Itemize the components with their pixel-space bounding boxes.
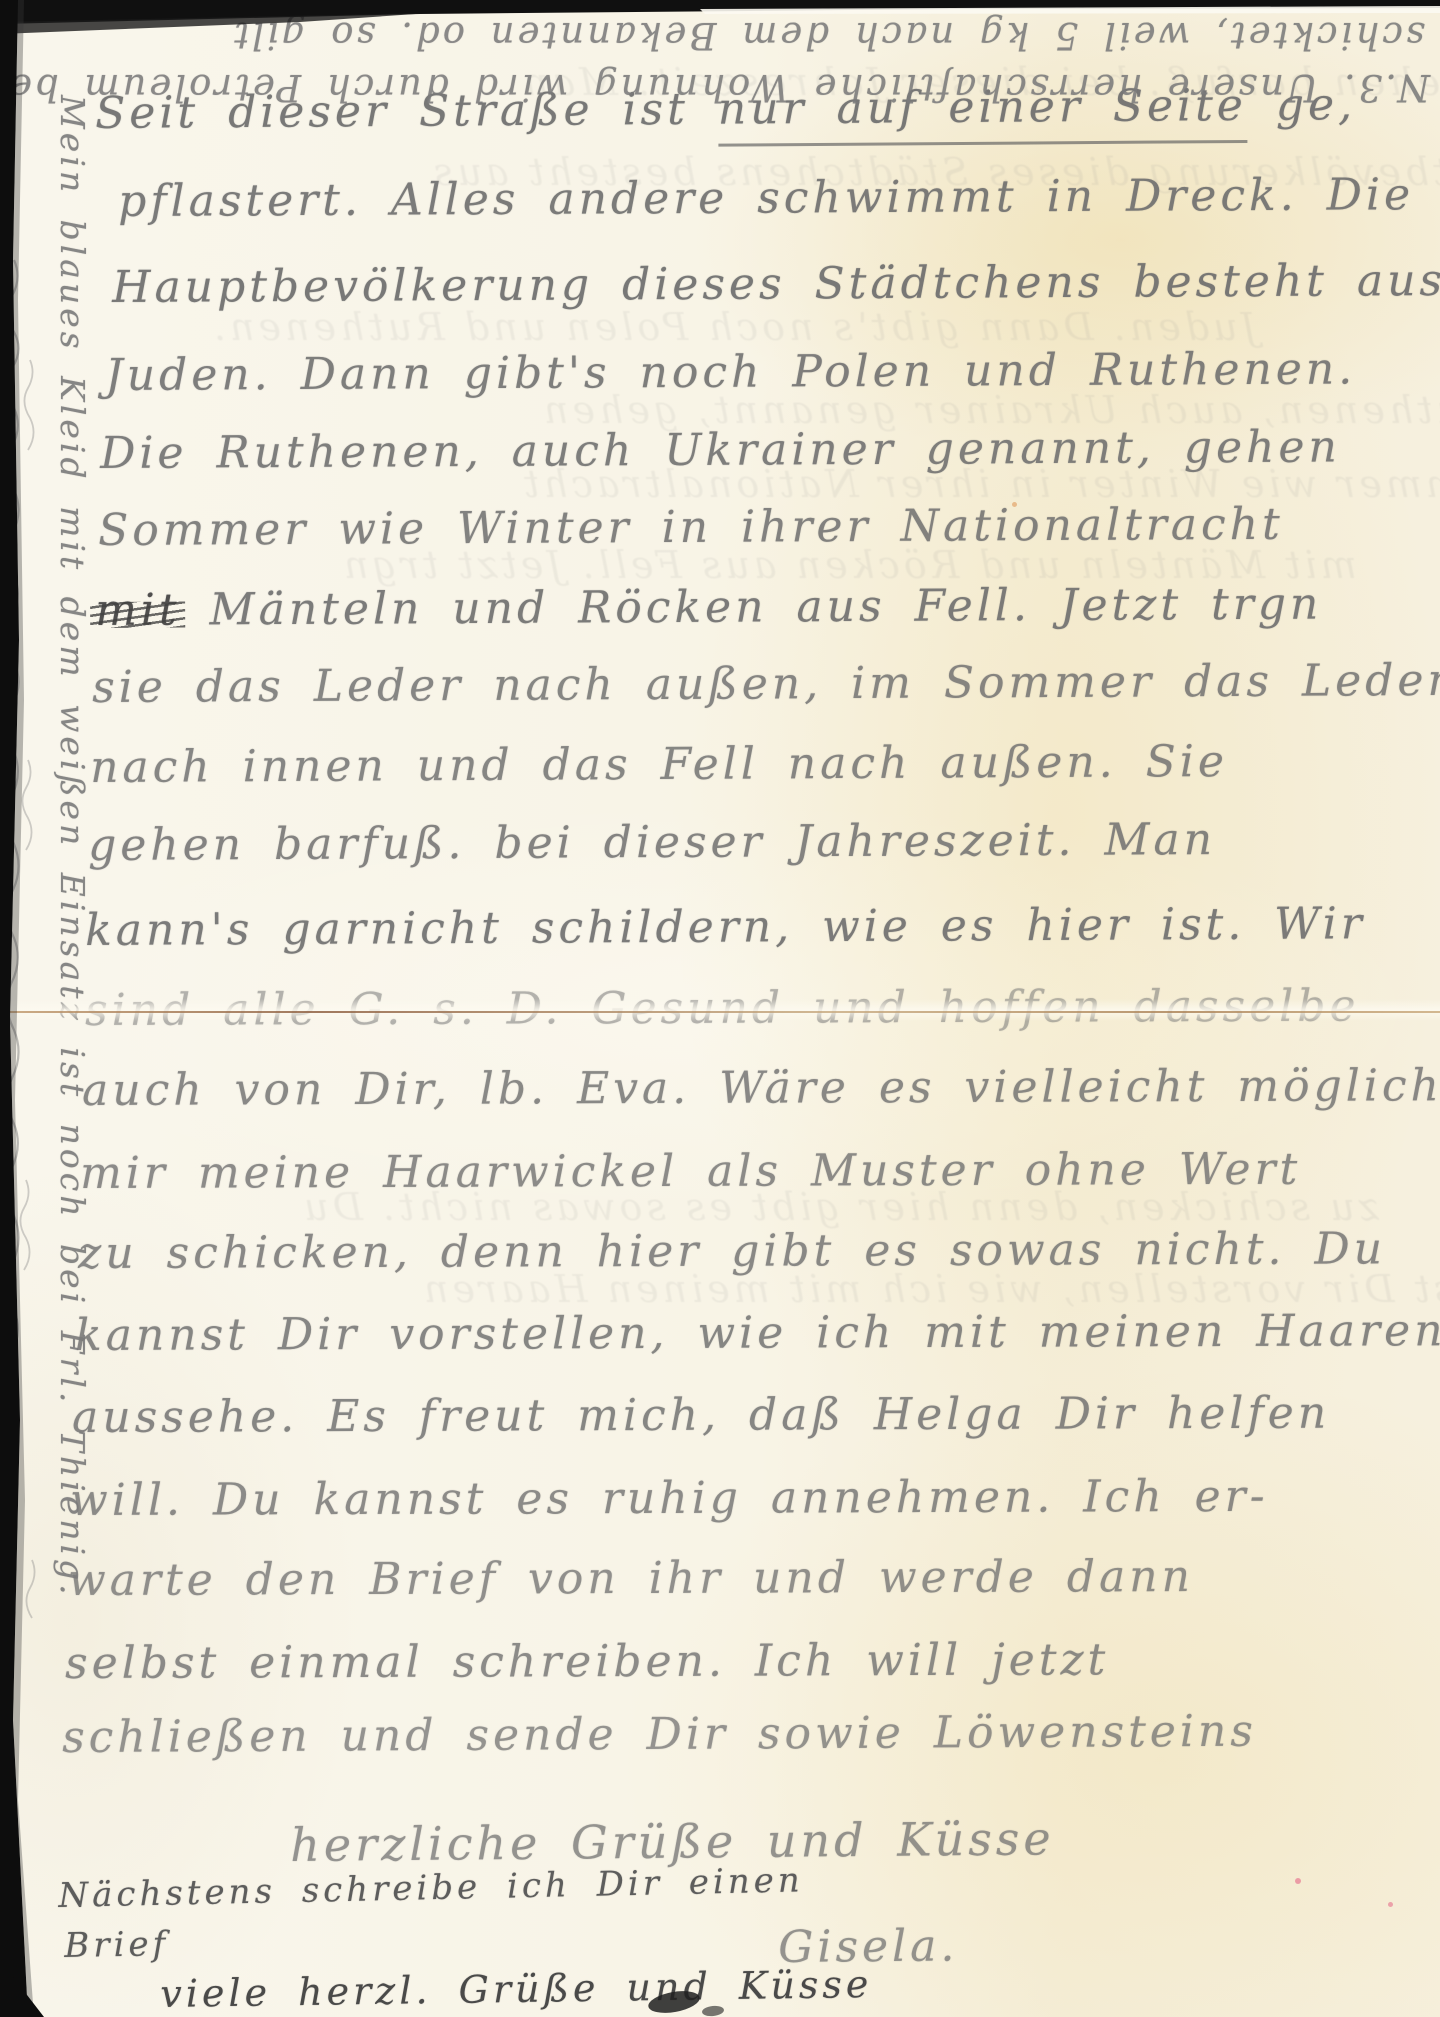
- text-run: sie das Leder nach außen, im Sommer das …: [92, 655, 1440, 713]
- margin-edge-fragments: [20, 360, 34, 1618]
- scan-edge-left: [0, 0, 28, 2017]
- text-run: Juden. Dann gibt's noch Polen und Ruthen…: [105, 343, 1356, 401]
- text-run: will. Du kannst es ruhig annehmen. Ich e…: [70, 1471, 1269, 1526]
- handwriting-line: warte den Brief von ihr und werde dann: [68, 1551, 1194, 1606]
- paper-stain: [1012, 502, 1017, 507]
- text-run: sind alle G. s. D. Gesund und hoffen das…: [85, 981, 1360, 1036]
- handwriting-line: mit Mänteln und Röcken aus Fell. Jetzt t…: [95, 579, 1322, 636]
- handwriting-line: selbst einmal schreiben. Ich will jetzt: [65, 1634, 1109, 1689]
- handwriting-line: sind alle G. s. D. Gesund und hoffen das…: [85, 981, 1360, 1036]
- paper-stain: [1295, 1878, 1301, 1884]
- text-run: kann's garnicht schildern, wie es hier i…: [85, 898, 1366, 956]
- letter-page: Hauptbevölkerung dieses Städtchens beste…: [0, 0, 1440, 2017]
- handwriting-line: nach innen und das Fell nach außen. Sie: [90, 736, 1228, 793]
- text-run: pflastert. Alles andere schwimmt in Drec…: [118, 169, 1414, 227]
- scan-edge-bottom-left: [0, 1960, 44, 2017]
- text-run: mir meine Haarwickel als Muster ohne Wer…: [80, 1144, 1301, 1199]
- handwriting-line: Die Ruthenen, auch Ukrainer genannt, geh…: [100, 422, 1341, 479]
- paper-edge-sliver: [700, 6, 1440, 14]
- text-run: selbst einmal schreiben. Ich will jetzt: [65, 1634, 1109, 1689]
- text-run: Nächstens schreibe ich Dir einen: [58, 1860, 804, 1916]
- text-run: nach innen und das Fell nach außen. Sie: [90, 736, 1228, 793]
- text-run: auch von Dir, lb. Eva. Wäre es vielleich…: [82, 1060, 1440, 1116]
- inverted-note-line: N.3. Unsere herrschaftliche Wohnung wird…: [25, 66, 1430, 109]
- handwriting-line: kann's garnicht schildern, wie es hier i…: [85, 898, 1366, 956]
- text-run: Mänteln und Röcken aus Fell. Jetzt trgn: [180, 579, 1322, 636]
- margin-note-vertical: Mein blaues Kleid mit dem weißen Einsatz…: [53, 95, 92, 1815]
- handwriting-line: mir meine Haarwickel als Muster ohne Wer…: [80, 1144, 1301, 1199]
- handwriting-line: will. Du kannst es ruhig annehmen. Ich e…: [70, 1471, 1269, 1526]
- handwriting-line: auch von Dir, lb. Eva. Wäre es vielleich…: [82, 1060, 1440, 1116]
- fold-crease: [0, 1011, 1440, 1013]
- paper-stain: [1388, 1902, 1393, 1907]
- text-run: viele herzl. Grüße und Küsse: [160, 1962, 873, 2016]
- handwriting-line: sie das Leder nach außen, im Sommer das …: [92, 655, 1440, 713]
- handwriting-line: Juden. Dann gibt's noch Polen und Ruthen…: [105, 343, 1356, 401]
- margin-edge-fragments: [7, 260, 18, 1498]
- handwriting-line: aussehe. Es freut mich, daß Helga Dir he…: [72, 1388, 1330, 1443]
- text-run: Hauptbevölkerung dieses Städtchens beste…: [112, 255, 1440, 313]
- handwriting-line: Sommer wie Winter in ihrer Nationaltrach…: [98, 499, 1284, 556]
- text-run: schließen und sende Dir sowie Löwenstein…: [62, 1706, 1257, 1763]
- text-run: Sommer wie Winter in ihrer Nationaltrach…: [98, 499, 1284, 556]
- handwriting-line: schließen und sende Dir sowie Löwenstein…: [62, 1706, 1257, 1763]
- text-run: gehen barfuß. bei dieser Jahreszeit. Man: [88, 814, 1216, 871]
- postscript-line: Nächstens schreibe ich Dir einen: [58, 1860, 804, 1916]
- text-run: Brief: [64, 1924, 170, 1966]
- handwriting-line: pflastert. Alles andere schwimmt in Drec…: [118, 169, 1414, 227]
- scan-edge-left-rough: [10, 0, 34, 2017]
- handwriting-line: zu schicken, denn hier gibt es sowas nic…: [78, 1223, 1386, 1279]
- handwriting-line: kannst Dir vorstellen, wie ich mit meine…: [75, 1305, 1440, 1361]
- text-run: aussehe. Es freut mich, daß Helga Dir he…: [72, 1388, 1330, 1443]
- ink-blot: [702, 2005, 725, 2017]
- text-run: Die Ruthenen, auch Ukrainer genannt, geh…: [100, 422, 1341, 479]
- text-run: kannst Dir vorstellen, wie ich mit meine…: [75, 1305, 1440, 1361]
- text-run: zu schicken, denn hier gibt es sowas nic…: [78, 1223, 1386, 1279]
- inverted-note-line: schicktet, weil 5 kg nach dem Bekannten …: [55, 14, 1425, 57]
- postscript-line: viele herzl. Grüße und Küsse: [160, 1962, 873, 2016]
- text-run: warte den Brief von ihr und werde dann: [68, 1551, 1194, 1606]
- handwriting-line: gehen barfuß. bei dieser Jahreszeit. Man: [88, 814, 1216, 871]
- postscript-line: Brief: [64, 1924, 170, 1966]
- struck-word: mit: [95, 585, 181, 636]
- handwriting-line: Hauptbevölkerung dieses Städtchens beste…: [112, 255, 1440, 313]
